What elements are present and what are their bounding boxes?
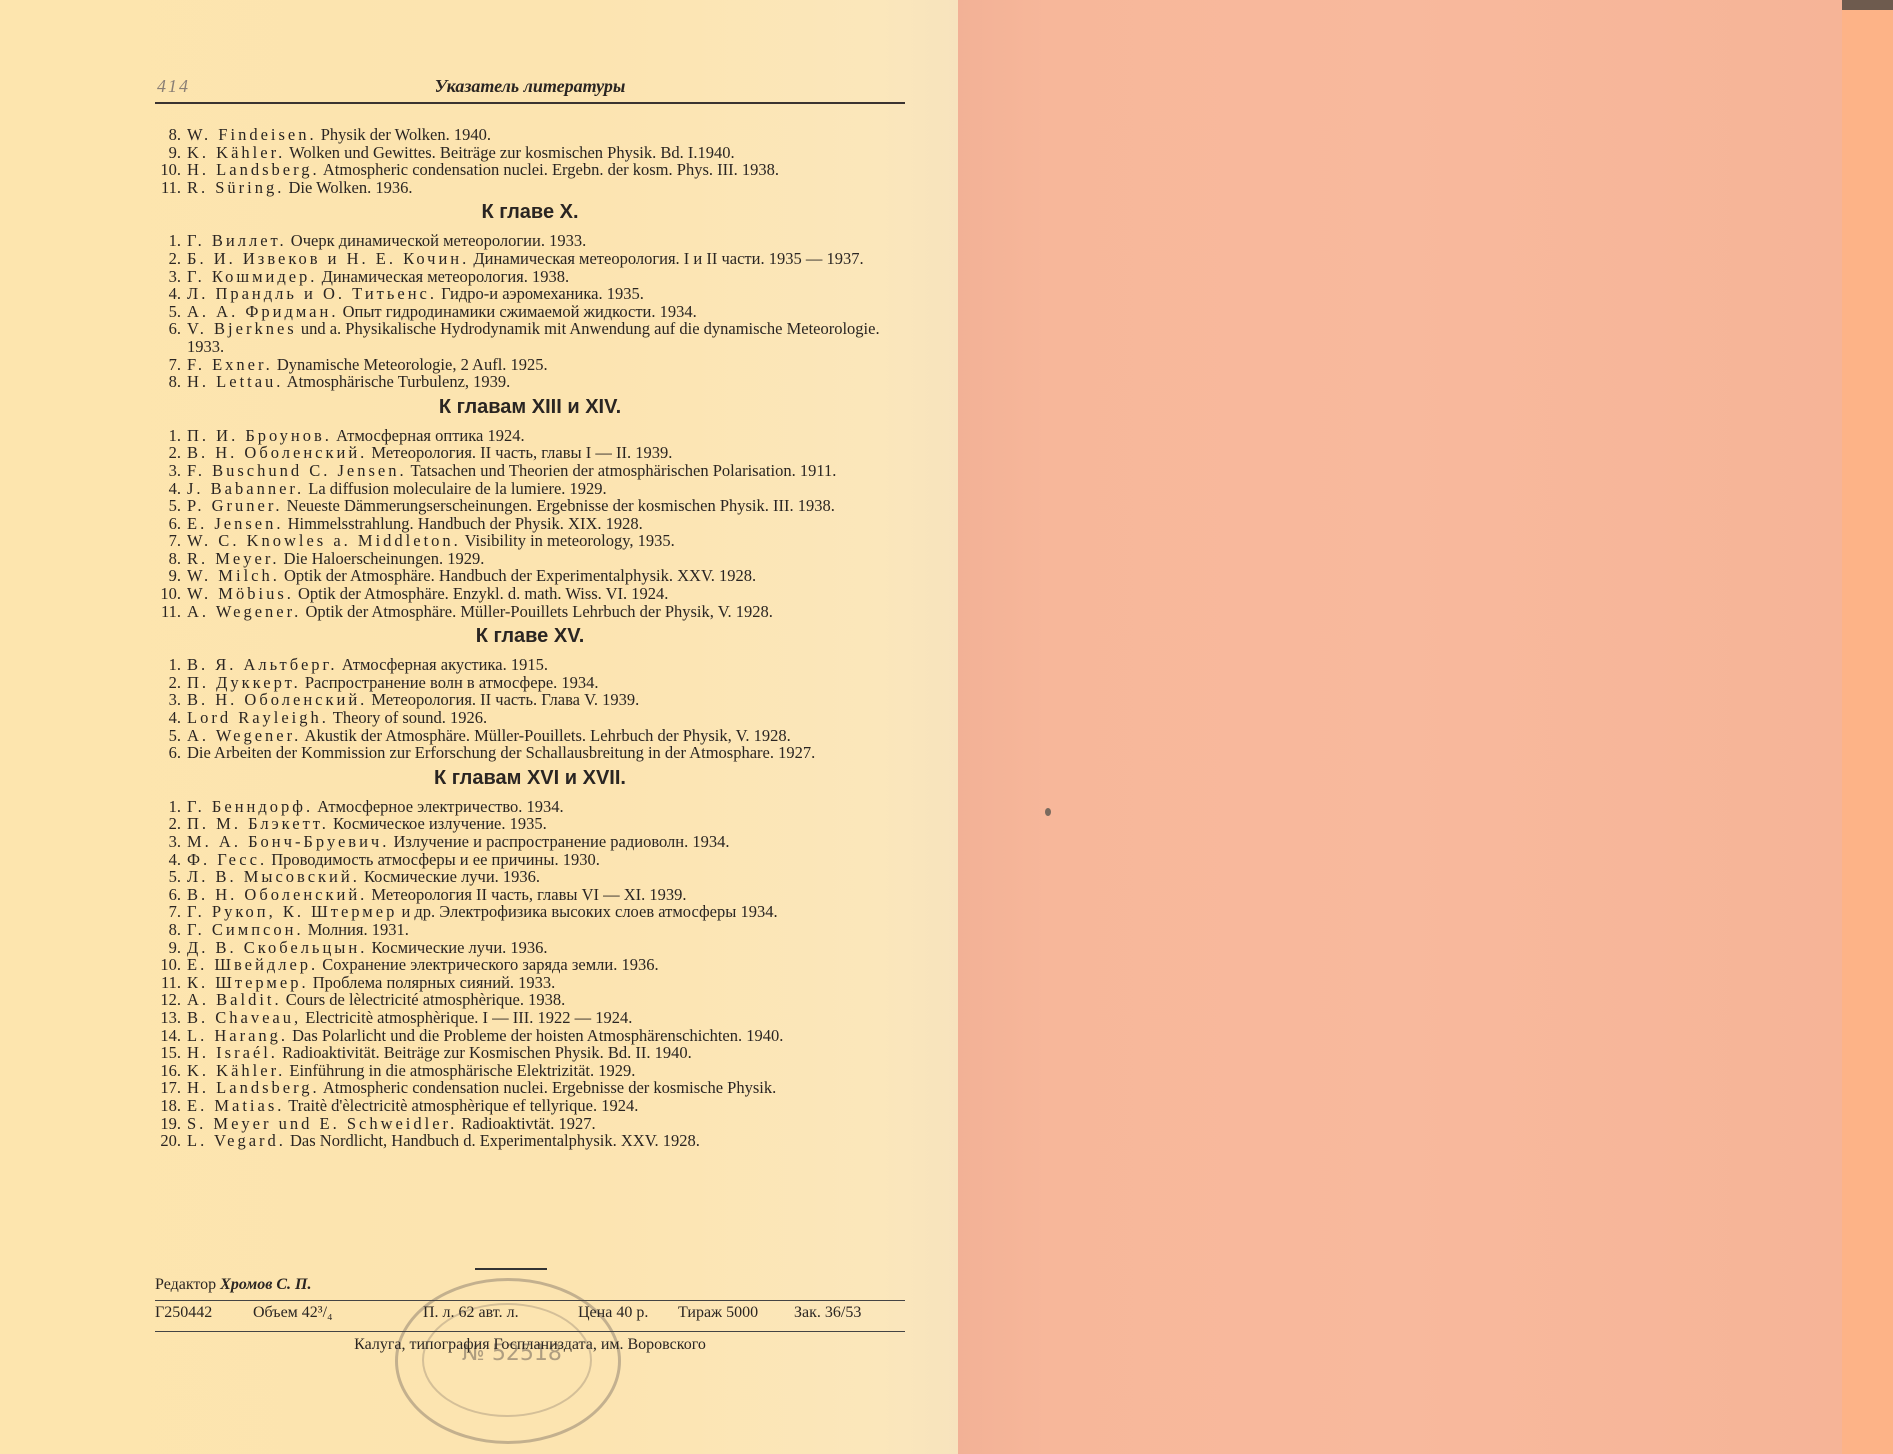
reference-number: 1.	[155, 656, 181, 674]
section-heading: К главе XV.	[155, 625, 905, 648]
reference-title: Neueste Dämmerungserscheinungen. Ergebni…	[287, 496, 835, 515]
reference-author: Л. В. Мысовский.	[187, 867, 360, 886]
reference-author: К. Штермер.	[187, 973, 309, 992]
reference-author: A. Baldit.	[187, 990, 282, 1009]
reference-number: 11.	[155, 179, 181, 197]
reference-number: 15.	[155, 1044, 181, 1062]
reference-item: 8.R. Meyer. Die Haloerscheinungen. 1929.	[155, 550, 905, 568]
reference-title: Cours de lèlectricité atmosphèrique. 193…	[286, 990, 566, 1009]
reference-author: L. Harang.	[187, 1026, 288, 1045]
reference-number: 8.	[155, 126, 181, 144]
reference-item: 4.Lord Rayleigh. Theory of sound. 1926.	[155, 709, 905, 727]
reference-number: 1.	[155, 427, 181, 445]
reference-item: 1.В. Я. Альтберг. Атмосферная акустика. …	[155, 656, 905, 674]
reference-author: E. Jensen.	[187, 514, 283, 533]
reference-title: Die Haloerscheinungen. 1929.	[284, 549, 485, 568]
reference-item: 4.J. Babanner. La diffusion moleculaire …	[155, 480, 905, 498]
reference-number: 6.	[155, 886, 181, 904]
reference-number: 3.	[155, 268, 181, 286]
reference-item: 6.В. Н. Оболенский. Метеорология II част…	[155, 886, 905, 904]
reference-number: 4.	[155, 709, 181, 727]
reference-author: W. C. Knowles a. Middleton.	[187, 531, 461, 550]
reference-title: Космическое излучение. 1935.	[333, 814, 547, 833]
reference-title: Optik der Atmosphäre. Handbuch der Exper…	[284, 566, 756, 585]
reference-number: 4.	[155, 285, 181, 303]
reference-title: Проблема полярных сияний. 1933.	[313, 973, 556, 992]
reference-author: F. Exner.	[187, 355, 273, 374]
reference-number: 16.	[155, 1062, 181, 1080]
reference-number: 3.	[155, 691, 181, 709]
reference-title: Traitè d'èlectricitè atmosphèrique ef te…	[288, 1096, 638, 1115]
reference-item: 2.Б. И. Извеков и Н. Е. Кочин. Динамичес…	[155, 250, 905, 268]
reference-title: Atmospheric condensation nuclei. Ergebni…	[323, 1078, 776, 1097]
imprint-code: Г250442	[155, 1304, 253, 1322]
reference-item: 13.B. Chaveau, Electricitè atmosphèrique…	[155, 1009, 905, 1027]
reference-title: Tatsachen und Theorien der atmosphärisch…	[410, 461, 836, 480]
reference-title: Physik der Wolken. 1940.	[321, 125, 491, 144]
reference-item: 18.E. Matias. Traitè d'èlectricitè atmos…	[155, 1097, 905, 1115]
reference-item: 1.П. И. Броунов. Атмосферная оптика 1924…	[155, 427, 905, 445]
reference-author: L. Vegard.	[187, 1131, 286, 1150]
section-heading: К главам XIII и XIV.	[155, 396, 905, 419]
reference-title: Dynamische Meteorologie, 2 Aufl. 1925.	[277, 355, 548, 374]
reference-item: 1.Г. Бенндорф. Атмосферное электричество…	[155, 798, 905, 816]
reference-author: H. Landsberg.	[187, 160, 320, 179]
reference-title: Optik der Atmosphäre. Müller-Pouillets L…	[305, 602, 772, 621]
reference-title: Метеорология II часть, главы VI — XI. 19…	[371, 885, 686, 904]
reference-author: R. Süring.	[187, 178, 284, 197]
reference-item: 19.S. Meyer und E. Schweidler. Radioakti…	[155, 1115, 905, 1133]
section-heading: К главам XVI и XVII.	[155, 767, 905, 790]
reference-author: W. Findeisen.	[187, 125, 317, 144]
reference-title: Космические лучи. 1936.	[364, 867, 540, 886]
reference-item: 3.В. Н. Оболенский. Метеорология. II час…	[155, 691, 905, 709]
reference-number: 18.	[155, 1097, 181, 1115]
running-head: 414 Указатель литературы	[155, 70, 905, 104]
reference-item: 5.A. Wegener. Akustik der Atmosphäre. Mü…	[155, 727, 905, 745]
reference-item: 4.Ф. Гесс. Проводимость атмосферы и ее п…	[155, 851, 905, 869]
right-blank-page	[958, 0, 1842, 1454]
reference-title: Das Polarlicht und die Probleme der hois…	[292, 1026, 783, 1045]
reference-number: 10.	[155, 956, 181, 974]
reference-item: 10.Е. Швейдлер. Сохранение электрическог…	[155, 956, 905, 974]
reference-item: 9.W. Milch. Optik der Atmosphäre. Handbu…	[155, 567, 905, 585]
reference-title: La diffusion moleculaire de la lumiere. …	[308, 479, 606, 498]
reference-item: 4.Л. Прандль и О. Титьенс. Гидро-и аэром…	[155, 285, 905, 303]
reference-item: 2.П. Дуккерт. Распространение волн в атм…	[155, 674, 905, 692]
reference-author: H. Lettau.	[187, 372, 283, 391]
reference-author: K. Kähler.	[187, 143, 285, 162]
reference-author: V. Bjerknes	[187, 319, 297, 338]
reference-author: Е. Швейдлер.	[187, 955, 318, 974]
reference-item: 7.Г. Рукоп, К. Штермер и др. Электрофизи…	[155, 903, 905, 921]
reference-number: 2.	[155, 250, 181, 268]
reference-author: W. Milch.	[187, 566, 280, 585]
reference-number: 14.	[155, 1027, 181, 1045]
reference-item: 8.H. Lettau. Atmosphärische Turbulenz, 1…	[155, 373, 905, 391]
reference-item: 5.Л. В. Мысовский. Космические лучи. 193…	[155, 868, 905, 886]
reference-title: Излучение и распространение радиоволн. 1…	[393, 832, 729, 851]
reference-number: 9.	[155, 939, 181, 957]
reference-title: Einführung in die atmosphärische Elektri…	[289, 1061, 635, 1080]
reference-item: 7.F. Exner. Dynamische Meteorologie, 2 A…	[155, 356, 905, 374]
reference-author: В. Н. Оболенский.	[187, 690, 367, 709]
reference-number: 19.	[155, 1115, 181, 1133]
reference-title: Распространение волн в атмосфере. 1934.	[305, 673, 599, 692]
reference-item: 9.Д. В. Скобельцын. Космические лучи. 19…	[155, 939, 905, 957]
library-stamp: № 52518	[395, 1278, 621, 1444]
reference-number: 2.	[155, 444, 181, 462]
reference-title: Wolken und Gewittes. Beiträge zur kosmis…	[289, 143, 734, 162]
reference-author: E. Matias.	[187, 1096, 284, 1115]
reference-title: Radioaktivtät. 1927.	[461, 1114, 595, 1133]
reference-item: 2.В. Н. Оболенский. Метеорология. II час…	[155, 444, 905, 462]
reference-list: 8.W. Findeisen. Physik der Wolken. 1940.…	[155, 126, 905, 1150]
reference-item: 10.H. Landsberg. Atmospheric condensatio…	[155, 161, 905, 179]
reference-author: P. Gruner.	[187, 496, 283, 515]
reference-author: F. Buschund C. Jensen.	[187, 461, 407, 480]
reference-item: 5.А. А. Фридман. Опыт гидродинамики сжим…	[155, 303, 905, 321]
reference-author: Б. И. Извеков и Н. Е. Кочин.	[187, 249, 469, 268]
editor-name: Хромов С. П.	[220, 1276, 311, 1293]
reference-title: Атмосферная акустика. 1915.	[342, 655, 548, 674]
reference-number: 13.	[155, 1009, 181, 1027]
imprint-order: Зак. 36/53	[794, 1304, 861, 1322]
reference-title: Космические лучи. 1936.	[371, 938, 547, 957]
reference-title: Метеорология. II часть, главы I — II. 19…	[371, 443, 672, 462]
reference-item: 6. Die Arbeiten der Kommission zur Erfor…	[155, 744, 905, 762]
reference-item: 17.H. Landsberg. Atmospheric condensatio…	[155, 1079, 905, 1097]
reference-item: 9.K. Kähler. Wolken und Gewittes. Beiträ…	[155, 144, 905, 162]
reference-number: 8.	[155, 921, 181, 939]
reference-number: 11.	[155, 603, 181, 621]
reference-number: 3.	[155, 833, 181, 851]
reference-number: 12.	[155, 991, 181, 1009]
reference-author: B. Chaveau,	[187, 1008, 301, 1027]
reference-number: 5.	[155, 868, 181, 886]
reference-title: и др. Электрофизика высоких слоев атмосф…	[401, 902, 777, 921]
reference-author: Д. В. Скобельцын.	[187, 938, 367, 957]
reference-title: Akustik der Atmosphäre. Müller-Pouillets…	[305, 726, 791, 745]
section-heading: К главе X.	[155, 201, 905, 224]
reference-item: 11.К. Штермер. Проблема полярных сияний.…	[155, 974, 905, 992]
reference-number: 10.	[155, 161, 181, 179]
reference-author: S. Meyer und E. Schweidler.	[187, 1114, 457, 1133]
reference-title: Динамическая метеорология. 1938.	[322, 267, 570, 286]
reference-author: K. Kähler.	[187, 1061, 285, 1080]
reference-number: 6.	[155, 515, 181, 533]
reference-title: Atmospheric condensation nuclei. Ergebn.…	[323, 160, 779, 179]
reference-item: 11.R. Süring. Die Wolken. 1936.	[155, 179, 905, 197]
reference-item: 6.V. Bjerknes und a. Physikalische Hydro…	[155, 320, 905, 355]
reference-author: М. А. Бонч-Бруевич.	[187, 832, 389, 851]
reference-author: Ф. Гесс.	[187, 850, 267, 869]
reference-title: Сохранение электрического заряда земли. …	[322, 955, 658, 974]
reference-item: 15.H. Israél. Radioaktivität. Beiträge z…	[155, 1044, 905, 1062]
reference-author: R. Meyer.	[187, 549, 280, 568]
reference-title: Himmelsstrahlung. Handbuch der Physik. X…	[288, 514, 643, 533]
reference-item: 14.L. Harang. Das Polarlicht und die Pro…	[155, 1027, 905, 1045]
reference-item: 20.L. Vegard. Das Nordlicht, Handbuch d.…	[155, 1132, 905, 1150]
paper-spot	[1045, 808, 1051, 816]
printer-line: Калуга, типография Госпланиздата, им. Во…	[155, 1336, 905, 1354]
reference-item: 3.М. А. Бонч-Бруевич. Излучение и распро…	[155, 833, 905, 851]
reference-number: 5.	[155, 727, 181, 745]
divider	[475, 1268, 547, 1270]
reference-title: Die Arbeiten der Kommission zur Erforsch…	[187, 743, 815, 762]
reference-item: 11.A. Wegener. Optik der Atmosphäre. Mül…	[155, 603, 905, 621]
reference-item: 2.П. М. Блэкетт. Космическое излучение. …	[155, 815, 905, 833]
reference-author: В. Н. Оболенский.	[187, 443, 367, 462]
reference-title: Atmosphärische Turbulenz, 1939.	[287, 372, 511, 391]
reference-number: 4.	[155, 851, 181, 869]
reference-title: Молния. 1931.	[308, 920, 409, 939]
reference-title: Visibility in meteorology, 1935.	[465, 531, 675, 550]
imprint-price: Цена 40 р.	[578, 1304, 678, 1322]
reference-item: 5.P. Gruner. Neueste Dämmerungserscheinu…	[155, 497, 905, 515]
reference-author: П. И. Броунов.	[187, 426, 332, 445]
editor-label: Редактор	[155, 1276, 216, 1293]
reference-number: 7.	[155, 903, 181, 921]
reference-item: 1.Г. Виллет. Очерк динамической метеорол…	[155, 232, 905, 250]
reference-author: Г. Симпсон.	[187, 920, 304, 939]
reference-author: H. Israél.	[187, 1043, 278, 1062]
reference-author: В. Я. Альтберг.	[187, 655, 338, 674]
reference-number: 10.	[155, 585, 181, 603]
reference-number: 3.	[155, 462, 181, 480]
imprint-print-run: Тираж 5000	[678, 1304, 794, 1322]
reference-title: Гидро-и аэромеханика. 1935.	[441, 284, 644, 303]
page-edge	[1842, 10, 1893, 1454]
reference-item: 3.Г. Кошмидер. Динамическая метеорология…	[155, 268, 905, 286]
reference-number: 1.	[155, 798, 181, 816]
page-title: Указатель литературы	[155, 76, 905, 97]
reference-item: 8.W. Findeisen. Physik der Wolken. 1940.	[155, 126, 905, 144]
reference-number: 8.	[155, 550, 181, 568]
reference-title: Theory of sound. 1926.	[333, 708, 487, 727]
reference-author: A. Wegener.	[187, 602, 301, 621]
reference-item: 16.K. Kähler. Einführung in die atmosphä…	[155, 1062, 905, 1080]
reference-title: Динамическая метеорология. I и II части.…	[473, 249, 863, 268]
divider	[155, 1300, 905, 1301]
reference-title: Атмосферное электричество. 1934.	[317, 797, 563, 816]
reference-title: Electricitè atmosphèrique. I — III. 1922…	[305, 1008, 632, 1027]
reference-title: Проводимость атмосферы и ее причины. 193…	[271, 850, 600, 869]
reference-item: 3.F. Buschund C. Jensen. Tatsachen und T…	[155, 462, 905, 480]
reference-title: Метеорология. II часть. Глава V. 1939.	[371, 690, 639, 709]
reference-title: Атмосферная оптика 1924.	[336, 426, 525, 445]
reference-author: А. А. Фридман.	[187, 302, 338, 321]
reference-title: Очерк динамической метеорологии. 1933.	[291, 231, 586, 250]
reference-title: Radioaktivität. Beiträge zur Kosmischen …	[282, 1043, 692, 1062]
reference-title: Das Nordlicht, Handbuch d. Experimentalp…	[290, 1131, 700, 1150]
reference-author: Г. Бенндорф.	[187, 797, 313, 816]
reference-author: Lord Rayleigh.	[187, 708, 329, 727]
reference-author: Г. Рукоп, К. Штермер	[187, 902, 397, 921]
divider	[155, 1331, 905, 1332]
reference-item: 10.W. Möbius. Optik der Atmosphäre. Enzy…	[155, 585, 905, 603]
reference-number: 4.	[155, 480, 181, 498]
reference-item: 6.E. Jensen. Himmelsstrahlung. Handbuch …	[155, 515, 905, 533]
reference-number: 6.	[155, 744, 181, 762]
reference-number: 8.	[155, 373, 181, 391]
reference-author: П. М. Блэкетт.	[187, 814, 329, 833]
imprint-volume: Объем 42³/₄	[253, 1304, 423, 1322]
reference-number: 20.	[155, 1132, 181, 1150]
reference-number: 5.	[155, 303, 181, 321]
reference-number: 2.	[155, 674, 181, 692]
reference-number: 9.	[155, 567, 181, 585]
reference-title: Optik der Atmosphäre. Enzykl. d. math. W…	[298, 584, 668, 603]
reference-item: 8.Г. Симпсон. Молния. 1931.	[155, 921, 905, 939]
reference-number: 1.	[155, 232, 181, 250]
reference-author: Г. Кошмидер.	[187, 267, 317, 286]
reference-author: Г. Виллет.	[187, 231, 287, 250]
reference-author: П. Дуккерт.	[187, 673, 301, 692]
reference-author: В. Н. Оболенский.	[187, 885, 367, 904]
reference-item: 7.W. C. Knowles a. Middleton. Visibility…	[155, 532, 905, 550]
reference-author: W. Möbius.	[187, 584, 294, 603]
reference-author: A. Wegener.	[187, 726, 301, 745]
reference-number: 7.	[155, 356, 181, 374]
bibliography-page: 414 Указатель литературы 8.W. Findeisen.…	[155, 70, 905, 1150]
imprint-line: Г250442 Объем 42³/₄ П. л. 62 авт. л. Цен…	[155, 1304, 905, 1322]
reference-author: Л. Прандль и О. Титьенс.	[187, 284, 437, 303]
reference-number: 2.	[155, 815, 181, 833]
reference-number: 17.	[155, 1079, 181, 1097]
reference-number: 7.	[155, 532, 181, 550]
reference-author: H. Landsberg.	[187, 1078, 320, 1097]
editor-line: Редактор Хромов С. П.	[155, 1276, 311, 1294]
reference-number: 9.	[155, 144, 181, 162]
reference-number: 6.	[155, 320, 181, 338]
reference-author: J. Babanner.	[187, 479, 304, 498]
reference-title: Опыт гидродинамики сжимаемой жидкости. 1…	[343, 302, 697, 321]
reference-title: Die Wolken. 1936.	[289, 178, 413, 197]
reference-number: 5.	[155, 497, 181, 515]
imprint-sheets: П. л. 62 авт. л.	[423, 1304, 578, 1322]
reference-item: 12.A. Baldit. Cours de lèlectricité atmo…	[155, 991, 905, 1009]
reference-number: 11.	[155, 974, 181, 992]
